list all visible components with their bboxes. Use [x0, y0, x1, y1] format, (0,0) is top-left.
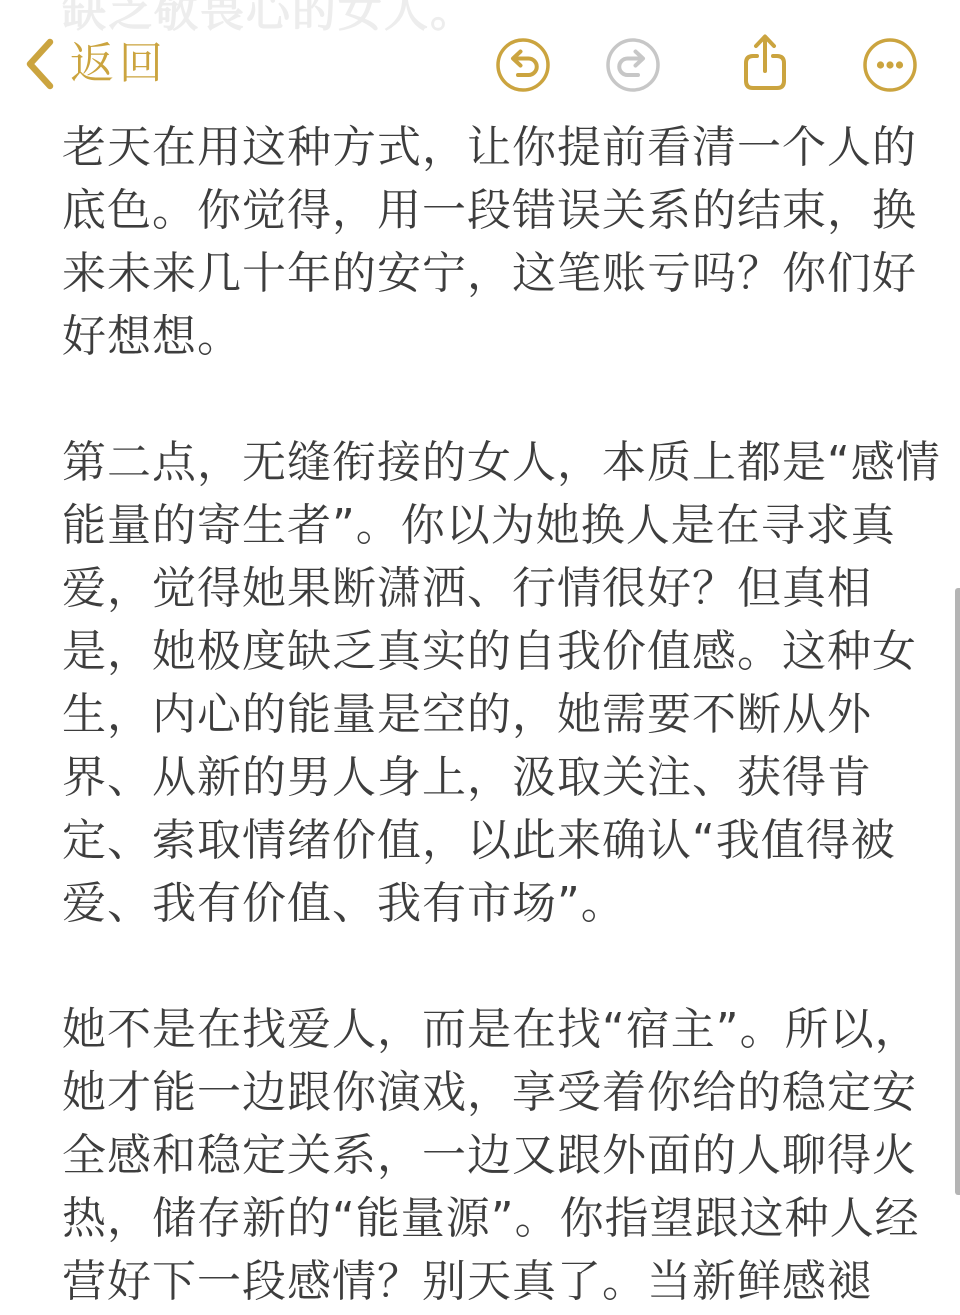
text-line: 她不是在找爱人，而是在找“宿主”。所以， [62, 998, 930, 1061]
paragraph: 第二点，无缝衔接的女人，本质上都是“感情能量的寄生者”。你以为她换人是在寻求真爱… [62, 431, 930, 935]
back-button[interactable]: 返回 [22, 36, 168, 92]
share-icon [739, 30, 791, 96]
text-line: 她才能一边跟你演戏，享受着你给的稳定安 [62, 1061, 930, 1124]
text-line: 第二点，无缝衔接的女人，本质上都是“感情 [62, 431, 930, 494]
text-line: 来未来几十年的安宁，这笔账亏吗？你们好 [62, 242, 930, 305]
redo-icon [604, 36, 662, 94]
navbar: 返回 [0, 0, 960, 112]
redo-button[interactable] [604, 36, 662, 94]
text-line: 是，她极度缺乏真实的自我价值感。这种女 [62, 620, 930, 683]
text-line: 全感和稳定关系，一边又跟外面的人聊得火 [62, 1124, 930, 1187]
back-label: 返回 [70, 36, 168, 92]
undo-icon [494, 36, 552, 94]
text-line: 底色。你觉得，用一段错误关系的结束，换 [62, 179, 930, 242]
undo-button[interactable] [494, 36, 552, 94]
text-line: 能量的寄生者”。你以为她换人是在寻求真 [62, 494, 930, 557]
note-body-editor[interactable]: 老天在用这种方式，让你提前看清一个人的底色。你觉得，用一段错误关系的结束，换来未… [62, 116, 930, 1313]
text-line: 热，储存新的“能量源”。你指望跟这种人经 [62, 1187, 930, 1250]
text-line: 老天在用这种方式，让你提前看清一个人的 [62, 116, 930, 179]
more-button[interactable] [861, 36, 919, 94]
text-line: 生，内心的能量是空的，她需要不断从外 [62, 683, 930, 746]
paragraph: 她不是在找爱人，而是在找“宿主”。所以，她才能一边跟你演戏，享受着你给的稳定安全… [62, 998, 930, 1313]
chevron-left-icon [22, 36, 56, 92]
text-line: 定、索取情绪价值，以此来确认“我值得被 [62, 809, 930, 872]
share-button[interactable] [739, 30, 791, 96]
text-line: 界、从新的男人身上，汲取关注、获得肯 [62, 746, 930, 809]
text-line: 好想想。 [62, 305, 930, 368]
text-line: 爱、我有价值、我有市场”。 [62, 872, 930, 935]
text-line: 爱，觉得她果断潇洒、行情很好？但真相 [62, 557, 930, 620]
text-line: 营好下一段感情？别天真了。当新鲜感褪 [62, 1250, 930, 1313]
scrollbar-thumb[interactable] [955, 588, 960, 1195]
notes-note-view: 缺乏敬畏心的女人。 返回 [0, 0, 960, 1315]
more-icon [861, 36, 919, 94]
paragraph: 老天在用这种方式，让你提前看清一个人的底色。你觉得，用一段错误关系的结束，换来未… [62, 116, 930, 368]
